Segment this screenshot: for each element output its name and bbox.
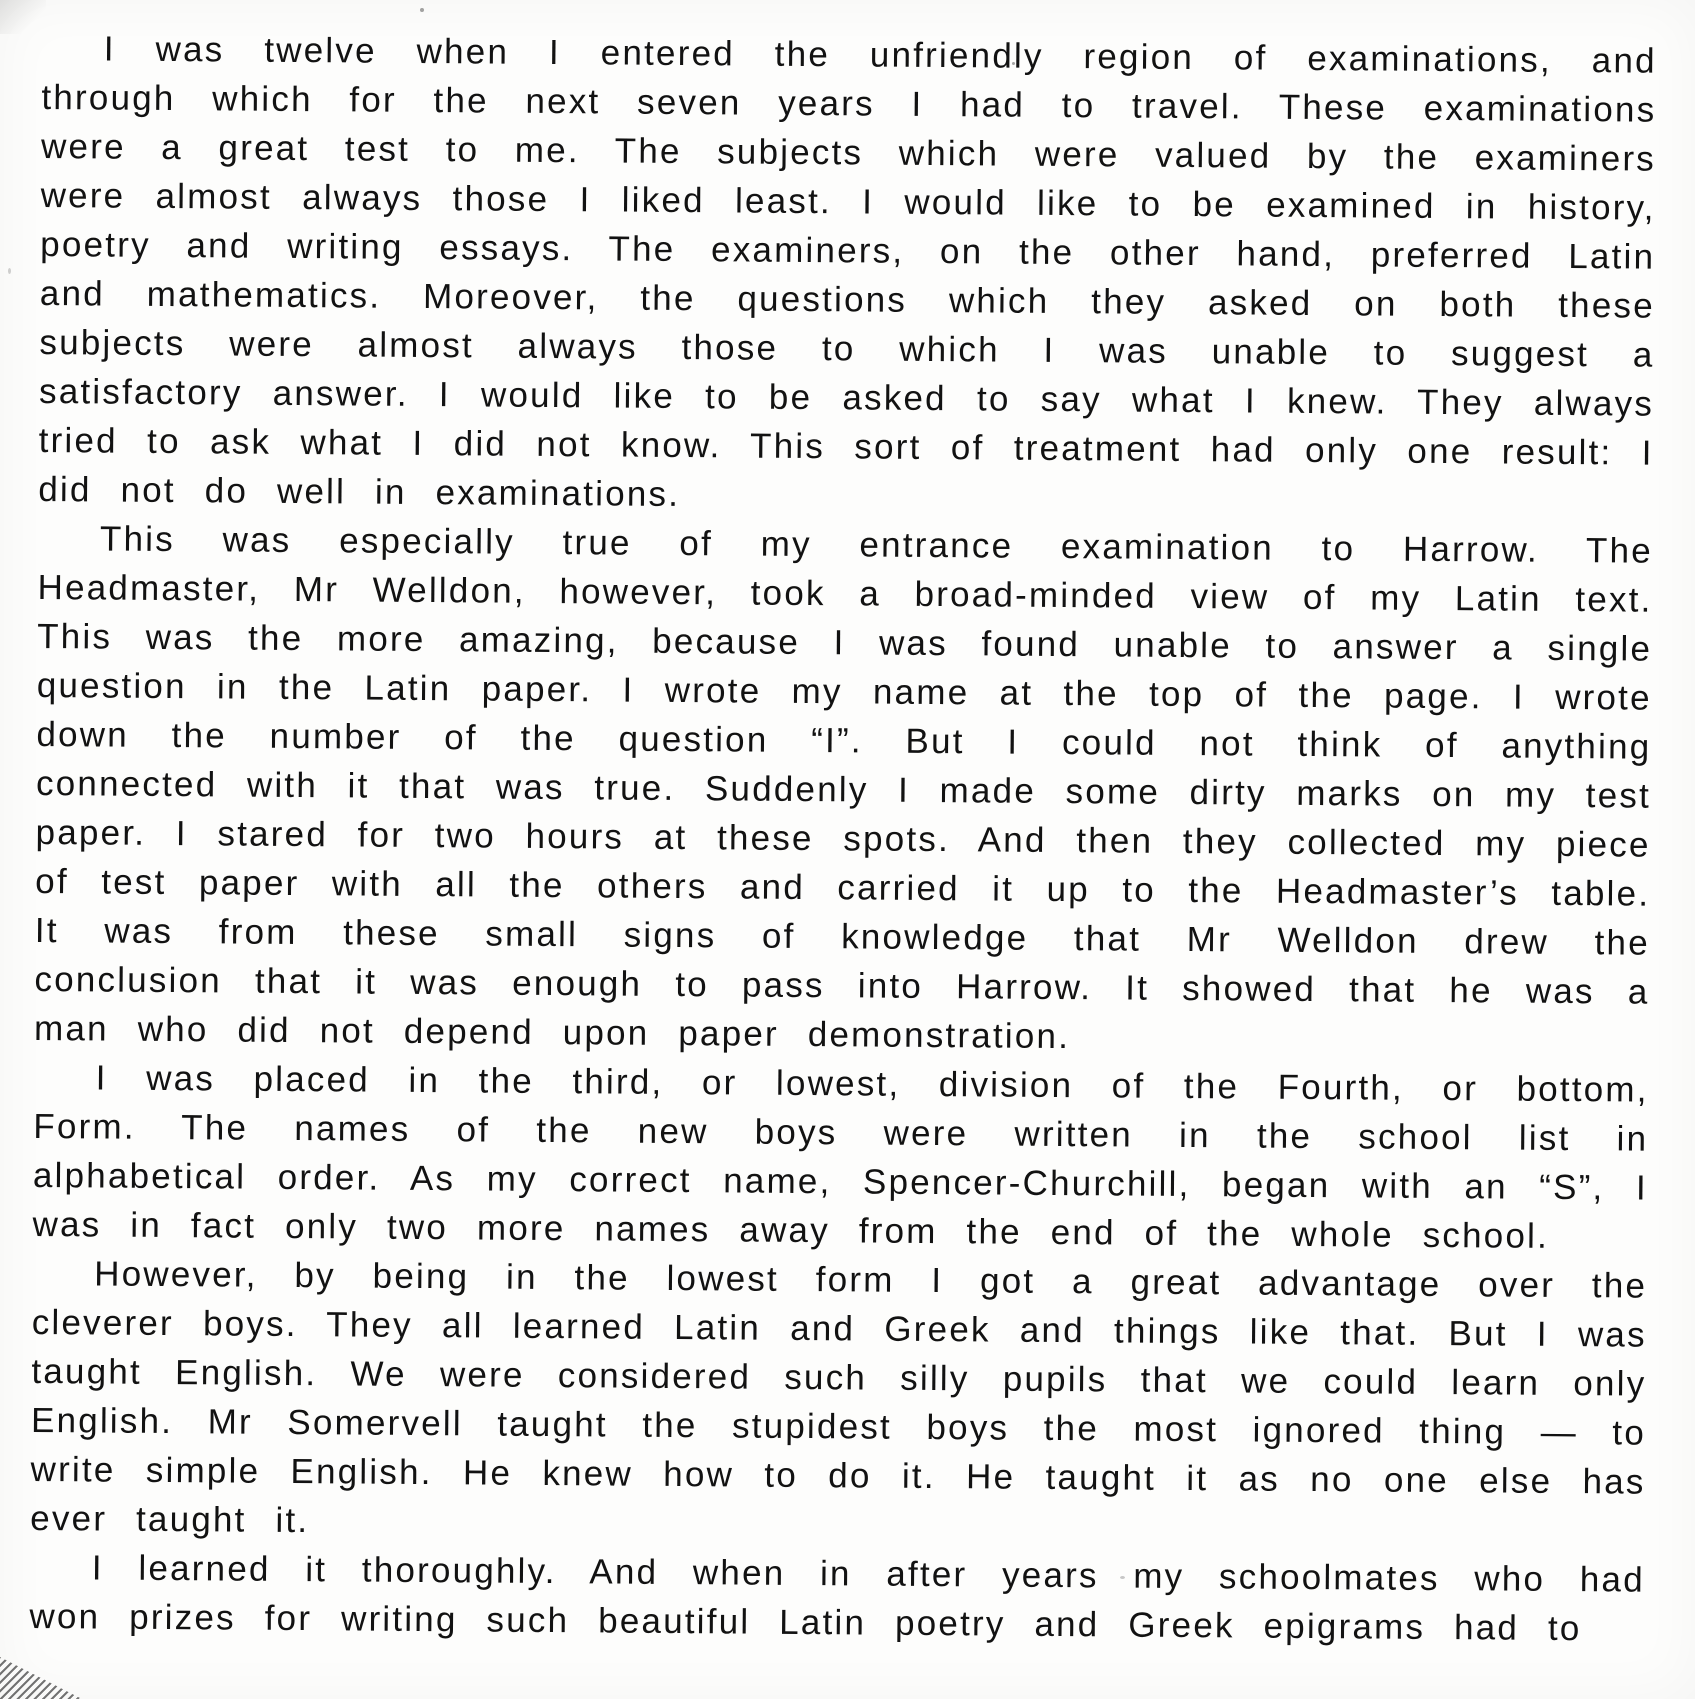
paragraph-harrow-entrance: This was especially true of my entrance … [34,514,1653,1066]
paragraph-examinations: I was twelve when I entered the unfriend… [38,24,1657,527]
paragraph-learned-thoroughly: I learned it thoroughly. And when in aft… [29,1543,1645,1654]
scan-speck [8,268,11,274]
scan-artifact-hatch [0,1639,82,1699]
paragraph-school-list: I was placed in the third, or lowest, di… [32,1053,1648,1262]
scan-corner-shade [0,0,46,34]
scanned-page: I was twelve when I entered the unfriend… [0,0,1695,1699]
paragraph-taught-english: However, by being in the lowest form I g… [30,1249,1647,1556]
body-text: I was twelve when I entered the unfriend… [29,24,1657,1654]
scan-speck [420,8,424,12]
